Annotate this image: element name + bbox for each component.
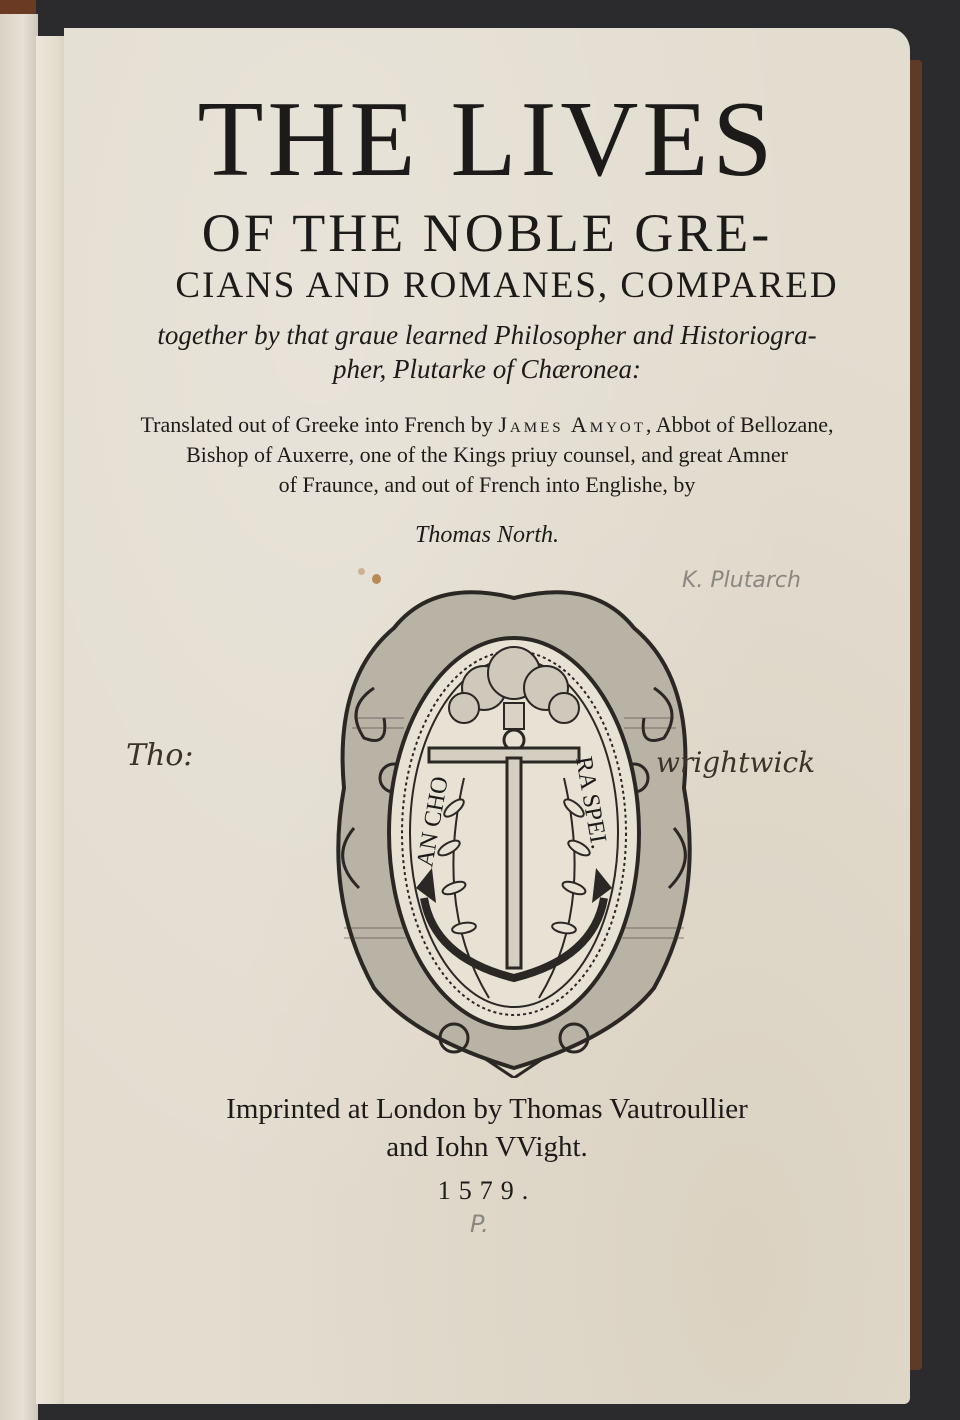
left-page-edge	[0, 14, 38, 1420]
subtitle-line-1: together by that graue learned Philosoph…	[144, 318, 830, 352]
title-line-3: CIANS AND ROMANES, COMPARED	[64, 264, 910, 307]
pencil-note-bottom: P.	[470, 1210, 489, 1238]
page-gutter	[36, 36, 66, 1404]
title-line-2: OF THE NOBLE GRE-	[64, 202, 910, 264]
handwritten-note-right: wrightwick	[656, 746, 815, 779]
translator-name-amyot: James Amyot	[498, 412, 646, 437]
subtitle-line-2: pher, Plutarke of Chæronea:	[144, 352, 830, 386]
translation-note: Translated out of Greeke into French by …	[64, 410, 910, 500]
translation-line-3: of Fraunce, and out of French into Engli…	[134, 470, 840, 500]
translation-text: , Abbot of Bellozane,	[646, 412, 834, 437]
handwritten-note-left: Tho:	[126, 738, 194, 773]
subtitle: together by that graue learned Philosoph…	[64, 318, 910, 386]
publication-year: 1579.	[64, 1176, 910, 1206]
translation-line-1: Translated out of Greeke into French by …	[134, 410, 840, 440]
pencil-note-top: K. Plutarch	[682, 568, 801, 593]
translation-text: Translated out of Greeke into French by	[141, 412, 499, 437]
binding-edge	[908, 60, 922, 1370]
translator-name: Thomas North.	[64, 522, 910, 549]
title-line-1: THE LIVES	[64, 86, 910, 194]
imprint-line-1: Imprinted at London by Thomas Vautroulli…	[64, 1090, 910, 1128]
anchor-emblem-icon: AN CHO RA SPEI.	[314, 568, 714, 1078]
imprint: Imprinted at London by Thomas Vautroulli…	[64, 1090, 910, 1166]
title-page: THE LIVES OF THE NOBLE GRE- CIANS AND RO…	[64, 28, 910, 1404]
translation-line-2: Bishop of Auxerre, one of the Kings priu…	[134, 440, 840, 470]
imprint-line-2: and Iohn VVight.	[64, 1128, 910, 1166]
